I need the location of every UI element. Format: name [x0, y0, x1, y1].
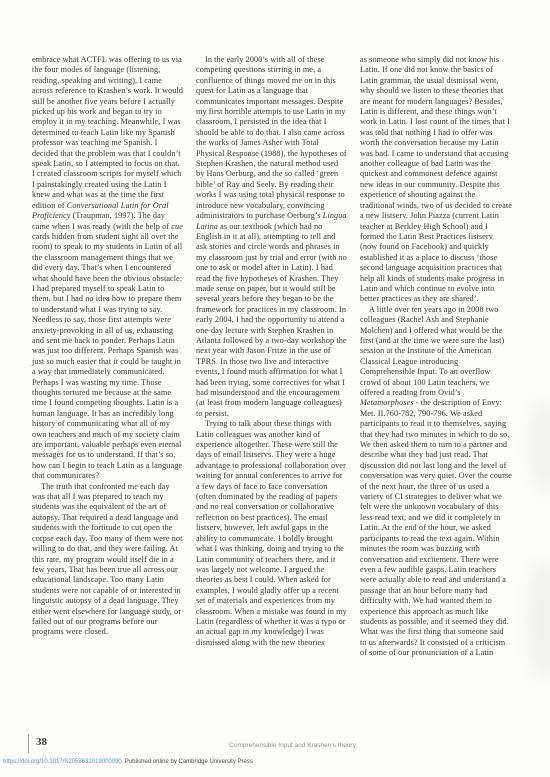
paragraph: In the early 2000’s with all of these co… — [196, 55, 348, 419]
scan-artifact — [526, 560, 550, 680]
paragraph: A little over ten years ago in 2008 two … — [360, 305, 512, 659]
paragraph: as someone who simply did not know his L… — [360, 55, 512, 305]
doi-link[interactable]: https://doi.org/10.1017/S205863101900009… — [3, 759, 122, 765]
text-column-2: In the early 2000’s with all of these co… — [196, 55, 348, 659]
scan-artifact — [528, 400, 550, 490]
running-head: Comprehensible Input and Krashen’s theor… — [0, 742, 550, 749]
journal-page: embrace what ACTFL was offering to us vi… — [0, 0, 550, 777]
paragraph: embrace what ACTFL was offering to us vi… — [32, 55, 184, 482]
paragraph: The truth that confronted me each day wa… — [32, 482, 184, 638]
paragraph: Trying to talk about these things with L… — [196, 419, 348, 648]
publish-note: Published online by Cambridge University… — [125, 759, 253, 765]
doi-line: https://doi.org/10.1017/S205863101900009… — [3, 759, 253, 765]
article-body: embrace what ACTFL was offering to us vi… — [32, 55, 512, 659]
text-column-3: as someone who simply did not know his L… — [360, 55, 512, 659]
text-column-1: embrace what ACTFL was offering to us vi… — [32, 55, 184, 659]
